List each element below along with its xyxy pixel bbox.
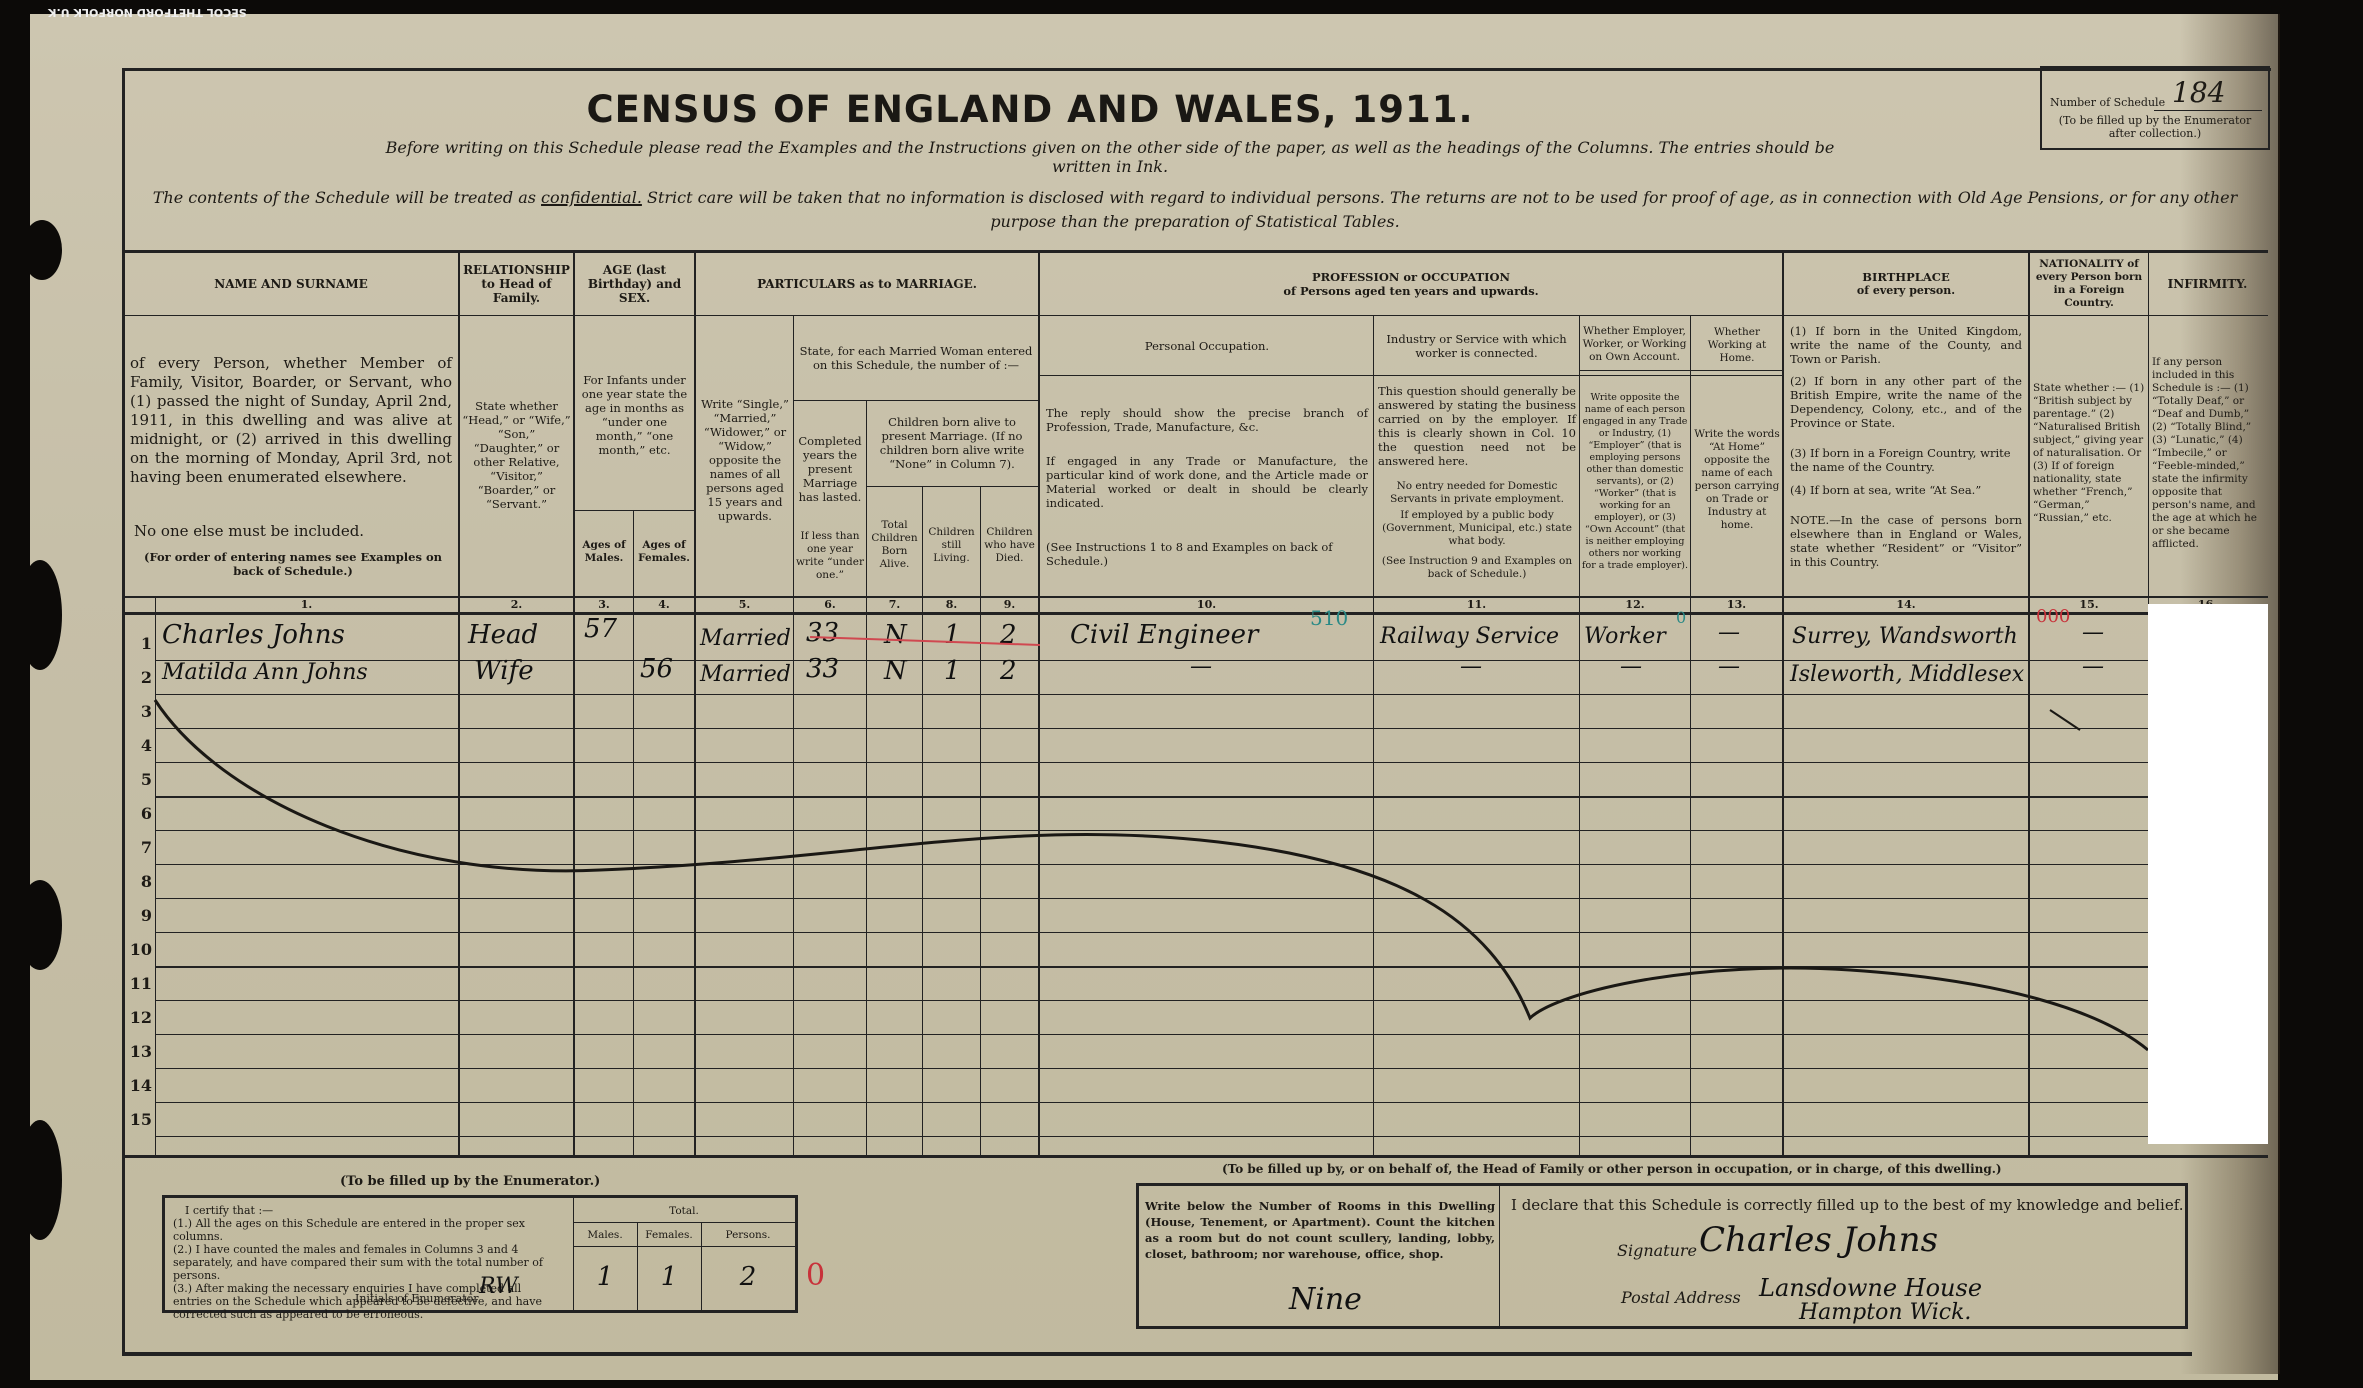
males-label: Males. [573, 1224, 637, 1246]
postal-address-line1[interactable]: Lansdowne House [1759, 1274, 1982, 1302]
total-females[interactable]: 1 [637, 1252, 701, 1302]
postal-address-label: Postal Address [1621, 1288, 1741, 1307]
red-check-mark: 0 [806, 1258, 825, 1293]
postal-address-line2[interactable]: Hampton Wick. [1799, 1300, 1971, 1325]
signature[interactable]: Charles Johns [1699, 1220, 1938, 1260]
persons-label: Persons. [701, 1224, 795, 1246]
total-males[interactable]: 1 [573, 1252, 637, 1302]
total-label: Total. [573, 1200, 795, 1222]
head-caption: (To be filled up by, or on behalf of, th… [1222, 1162, 2002, 1176]
declaration-text: I declare that this Schedule is correctl… [1511, 1196, 2184, 1214]
signature-label: Signature [1617, 1241, 1697, 1260]
enumerator-initials-label: Initials of Enumerator [355, 1292, 479, 1305]
head-box: Write below the Number of Rooms in this … [1136, 1183, 2188, 1329]
enumerator-initials[interactable]: RW [479, 1274, 518, 1299]
enumerator-box: I certify that :— (1.) All the ages on t… [162, 1195, 798, 1313]
rooms-count[interactable]: Nine [1289, 1282, 1362, 1317]
rooms-instructions: Write below the Number of Rooms in this … [1145, 1198, 1495, 1262]
females-label: Females. [637, 1224, 701, 1246]
enumerator-caption: (To be filled up by the Enumerator.) [340, 1174, 600, 1189]
redaction-box [2148, 604, 2268, 1144]
total-persons[interactable]: 2 [701, 1252, 795, 1302]
